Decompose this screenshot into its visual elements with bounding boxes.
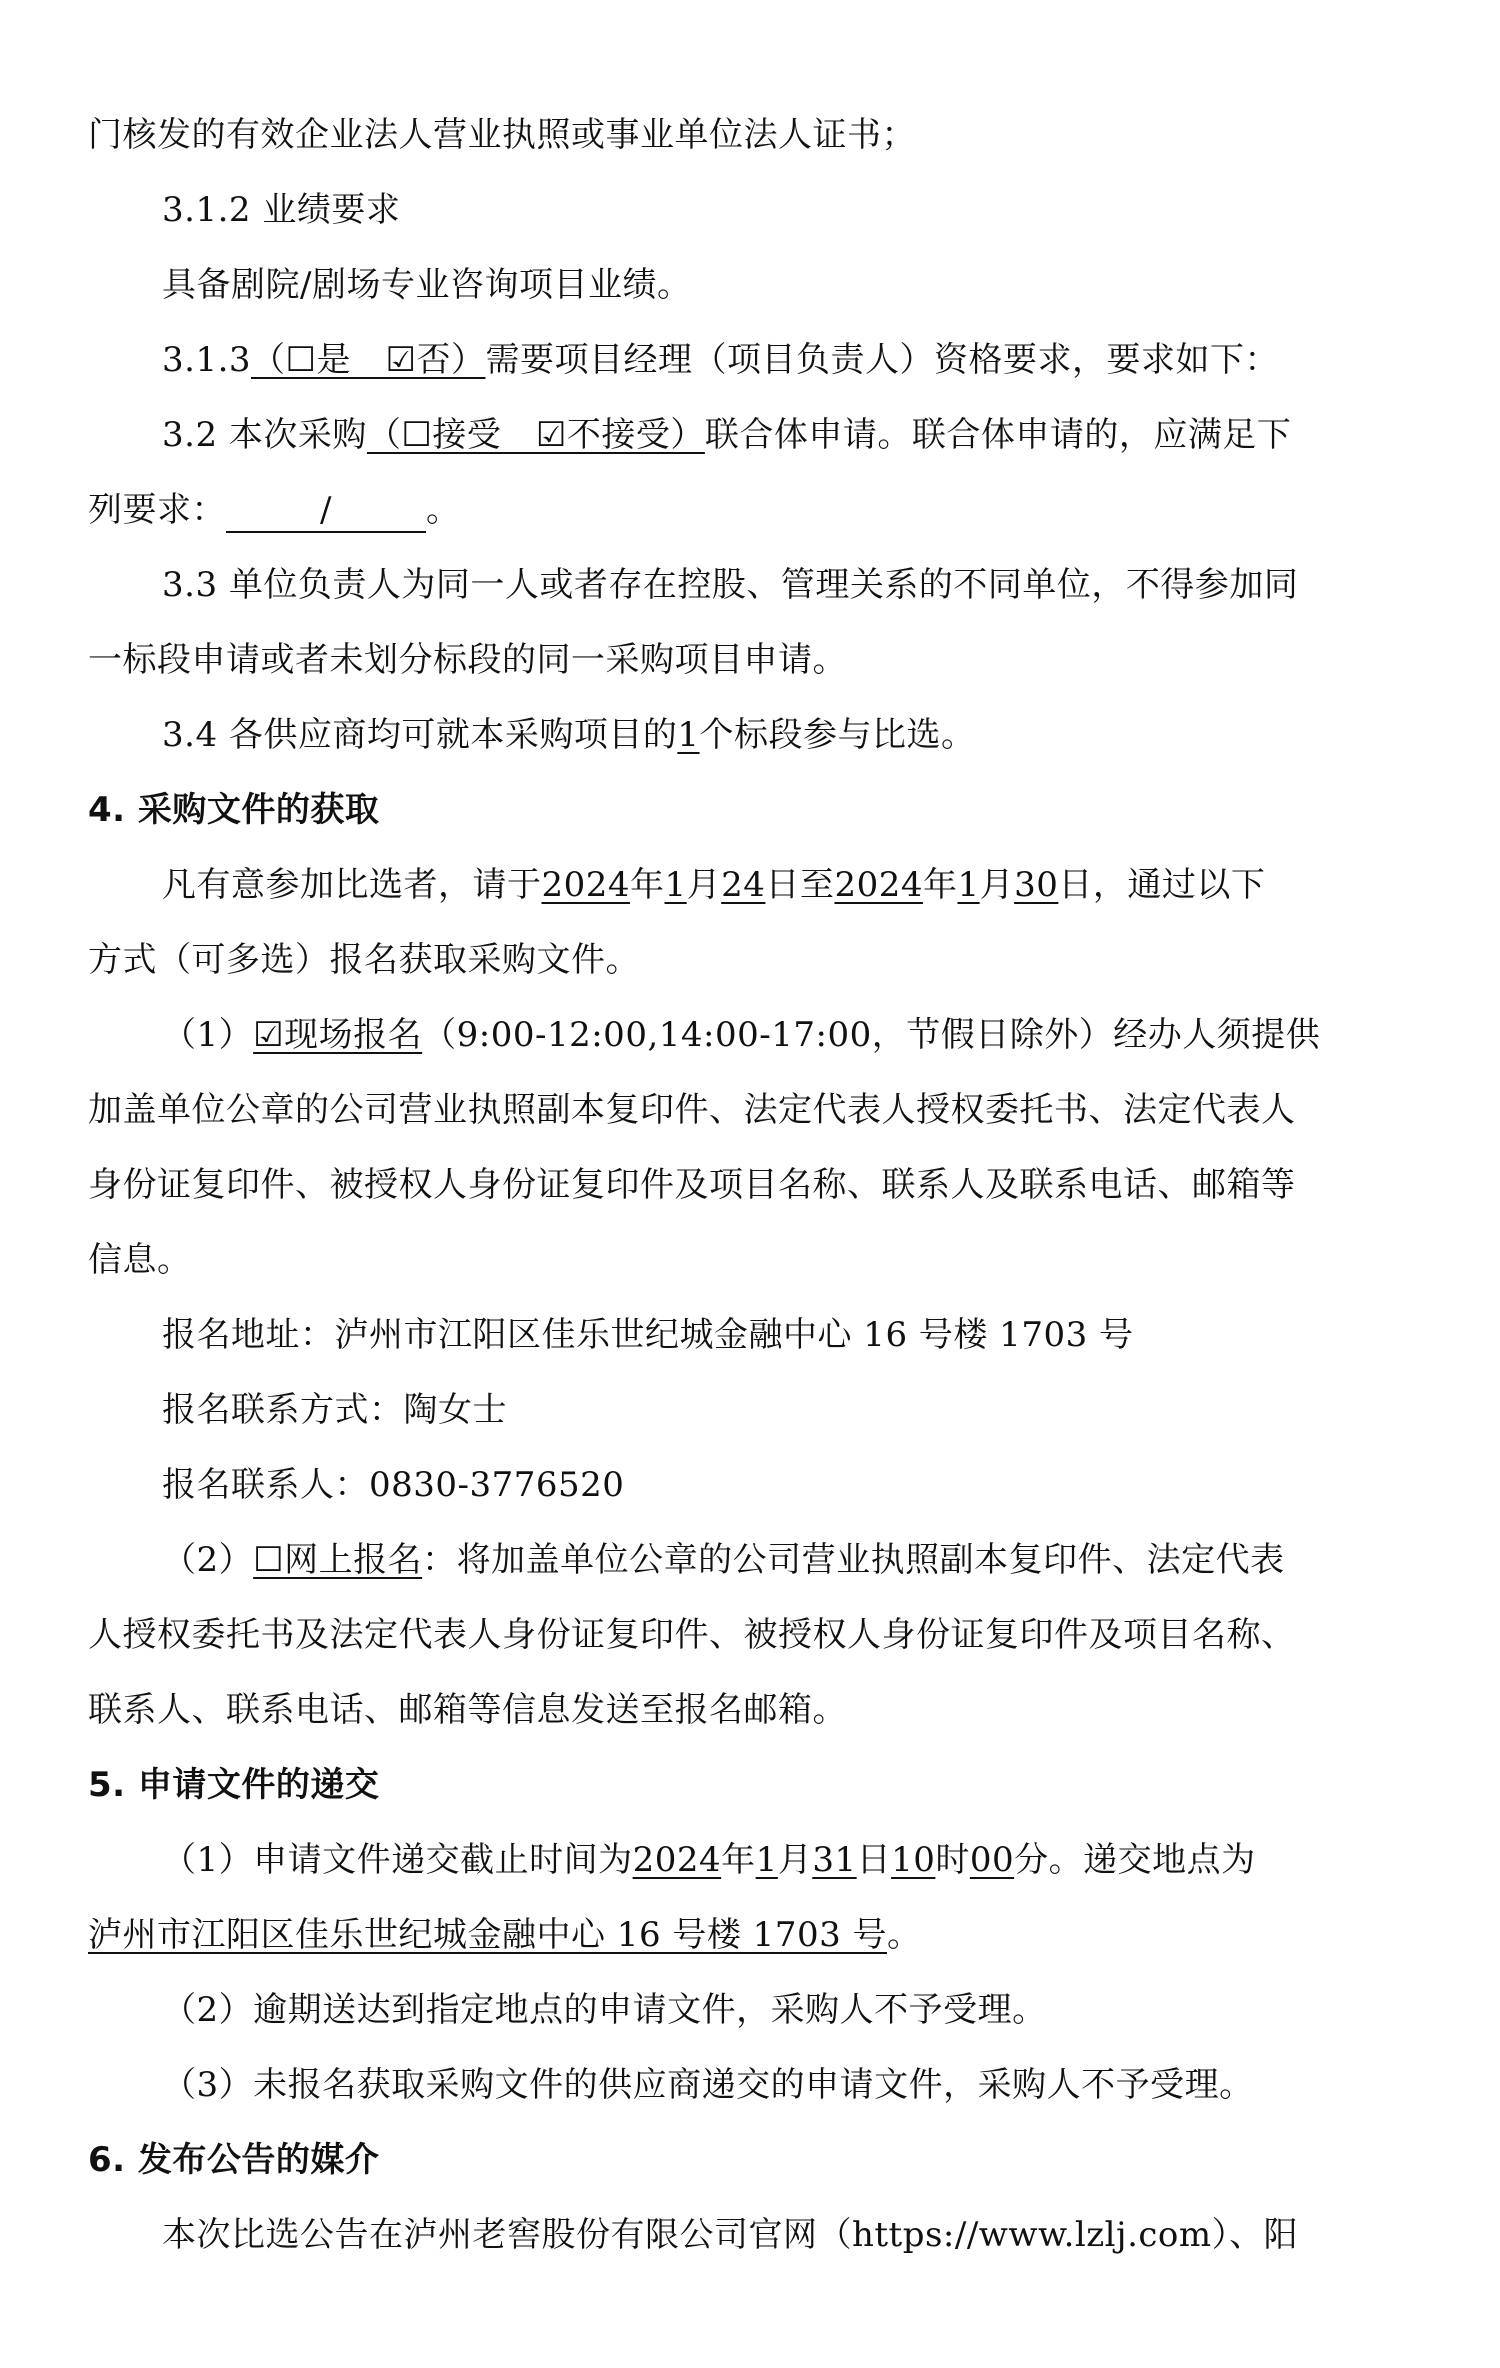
paragraph-line: 人授权委托书及法定代表人身份证复印件、被授权人身份证复印件及项目名称、 <box>88 1610 1414 1660</box>
subsection-3-3: 3.3 单位负责人为同一人或者存在控股、管理关系的不同单位，不得参加同 <box>162 560 1414 610</box>
line-text: 一标段申请或者未划分标段的同一采购项目申请。 <box>88 640 847 680</box>
line-text: 3.1.2 业绩要求 <box>162 190 400 230</box>
line-text: 人授权委托书及法定代表人身份证复印件、被授权人身份证复印件及项目名称、 <box>88 1615 1296 1655</box>
end-month: 1 <box>957 865 979 905</box>
start-day: 24 <box>721 865 765 905</box>
line-text: 门核发的有效企业法人营业执照或事业单位法人证书； <box>88 115 916 155</box>
deadline-month: 1 <box>756 1840 778 1880</box>
subsection-3-2: 3.2 本次采购（☐接受 ☑不接受）联合体申请。联合体申请的，应满足下 <box>162 410 1414 460</box>
line-text: 列要求： <box>88 490 226 530</box>
line-text: 月 <box>980 865 1015 905</box>
consortium-checkbox-group[interactable]: （☐接受 ☑不接受） <box>367 415 705 455</box>
document-page: 门核发的有效企业法人营业执照或事业单位法人证书； 3.1.2 业绩要求 具备剧院… <box>0 0 1500 2368</box>
paragraph-line: 具备剧院/剧场专业咨询项目业绩。 <box>162 260 1414 310</box>
line-text: ：将加盖单位公章的公司营业执照副本复印件、法定代表 <box>422 1540 1285 1580</box>
start-year: 2024 <box>542 865 631 905</box>
line-text: 报名地址：泸州市江阳区佳乐世纪城金融中心 16 号楼 1703 号 <box>162 1315 1134 1355</box>
line-text: 月 <box>778 1840 813 1880</box>
line-text: 。 <box>426 490 461 530</box>
line-text: 报名联系方式：陶女士 <box>162 1390 507 1430</box>
paragraph-line: 信息。 <box>88 1235 1414 1285</box>
line-text: 日，通过以下 <box>1058 865 1265 905</box>
deadline-minute: 00 <box>970 1840 1014 1880</box>
onsite-registration-line: （1）☑现场报名（9:00-12:00,14:00-17:00，节假日除外）经办… <box>162 1010 1414 1060</box>
onsite-registration-checkbox[interactable]: ☑现场报名 <box>253 1015 422 1055</box>
line-text: 联系人、联系电话、邮箱等信息发送至报名邮箱。 <box>88 1690 847 1730</box>
paragraph-line: （3）未报名获取采购文件的供应商递交的申请文件，采购人不予受理。 <box>162 2060 1414 2110</box>
section-4-heading: 4. 采购文件的获取 <box>88 785 1414 835</box>
line-text: 3.4 各供应商均可就本采购项目的 <box>162 715 677 755</box>
heading-text: 4. 采购文件的获取 <box>88 790 379 830</box>
paragraph-line: 联系人、联系电话、邮箱等信息发送至报名邮箱。 <box>88 1685 1414 1735</box>
line-text: 报名联系人：0830-3776520 <box>162 1465 624 1505</box>
line-text: 。 <box>887 1915 922 1955</box>
submission-address-line: 泸州市江阳区佳乐世纪城金融中心 16 号楼 1703 号。 <box>88 1910 1414 1960</box>
line-text: （1）申请文件递交截止时间为 <box>162 1840 633 1880</box>
paragraph-line: （2）逾期送达到指定地点的申请文件，采购人不予受理。 <box>162 1985 1414 2035</box>
line-text: 身份证复印件、被授权人身份证复印件及项目名称、联系人及联系电话、邮箱等 <box>88 1165 1296 1205</box>
start-month: 1 <box>665 865 687 905</box>
line-text: 联合体申请。联合体申请的，应满足下 <box>705 415 1292 455</box>
line-text: （2） <box>162 1540 253 1580</box>
end-year: 2024 <box>834 865 923 905</box>
line-text: 需要项目经理（项目负责人）资格要求，要求如下： <box>485 340 1279 380</box>
line-text: 凡有意参加比选者，请于 <box>162 865 542 905</box>
deadline-year: 2024 <box>633 1840 722 1880</box>
line-text: 加盖单位公章的公司营业执照副本复印件、法定代表人授权委托书、法定代表人 <box>88 1090 1296 1130</box>
subsection-3-4: 3.4 各供应商均可就本采购项目的1个标段参与比选。 <box>162 710 1414 760</box>
heading-text: 5. 申请文件的递交 <box>88 1765 379 1805</box>
subsection-3-1-2-title: 3.1.2 业绩要求 <box>162 185 1414 235</box>
project-manager-requirement-checkbox-group[interactable]: （☐是 ☑否） <box>251 340 485 380</box>
registration-period-line: 凡有意参加比选者，请于2024年1月24日至2024年1月30日，通过以下 <box>162 860 1414 910</box>
heading-text: 6. 发布公告的媒介 <box>88 2140 379 2180</box>
section-6-heading: 6. 发布公告的媒介 <box>88 2135 1414 2185</box>
registration-contact-method: 报名联系方式：陶女士 <box>162 1385 1414 1435</box>
line-text: 信息。 <box>88 1240 192 1280</box>
online-registration-line: （2）☐网上报名：将加盖单位公章的公司营业执照副本复印件、法定代表 <box>162 1535 1414 1585</box>
line-text: 分。递交地点为 <box>1014 1840 1256 1880</box>
end-day: 30 <box>1014 865 1058 905</box>
registration-contact-phone: 报名联系人：0830-3776520 <box>162 1460 1414 1510</box>
line-text: 年 <box>721 1840 756 1880</box>
section-5-heading: 5. 申请文件的递交 <box>88 1760 1414 1810</box>
line-text: 年 <box>630 865 665 905</box>
paragraph-line: 方式（可多选）报名获取采购文件。 <box>88 935 1414 985</box>
paragraph-line: 加盖单位公章的公司营业执照副本复印件、法定代表人授权委托书、法定代表人 <box>88 1085 1414 1135</box>
line-text: 时 <box>935 1840 970 1880</box>
deadline-hour: 10 <box>891 1840 935 1880</box>
subsection-3-1-3: 3.1.3（☐是 ☑否）需要项目经理（项目负责人）资格要求，要求如下： <box>162 335 1414 385</box>
paragraph-line: 列要求：/。 <box>88 485 1414 535</box>
paragraph-line: 身份证复印件、被授权人身份证复印件及项目名称、联系人及联系电话、邮箱等 <box>88 1160 1414 1210</box>
line-text: 本次比选公告在泸州老窖股份有限公司官网（https://www.lzlj.com… <box>162 2215 1298 2255</box>
line-text: （1） <box>162 1015 253 1055</box>
deadline-day: 31 <box>812 1840 856 1880</box>
line-text: 年 <box>923 865 958 905</box>
line-text: 3.1.3 <box>162 340 251 380</box>
submission-deadline-line: （1）申请文件递交截止时间为2024年1月31日10时00分。递交地点为 <box>162 1835 1414 1885</box>
line-text: 月 <box>687 865 722 905</box>
consortium-requirements-blank: / <box>226 489 426 533</box>
line-text: （3）未报名获取采购文件的供应商递交的申请文件，采购人不予受理。 <box>162 2065 1254 2105</box>
paragraph-line: 门核发的有效企业法人营业执照或事业单位法人证书； <box>88 110 1414 160</box>
online-registration-checkbox[interactable]: ☐网上报名 <box>253 1540 422 1580</box>
line-text: 方式（可多选）报名获取采购文件。 <box>88 940 640 980</box>
line-text: 日至 <box>765 865 834 905</box>
line-text: 个标段参与比选。 <box>700 715 976 755</box>
line-text: 3.3 单位负责人为同一人或者存在控股、管理关系的不同单位，不得参加同 <box>162 565 1298 605</box>
lot-count-value: 1 <box>677 715 699 755</box>
registration-address: 报名地址：泸州市江阳区佳乐世纪城金融中心 16 号楼 1703 号 <box>162 1310 1414 1360</box>
submission-address: 泸州市江阳区佳乐世纪城金融中心 16 号楼 1703 号 <box>88 1915 887 1955</box>
line-text: 日 <box>857 1840 892 1880</box>
line-text: （9:00-12:00,14:00-17:00，节假日除外）经办人须提供 <box>422 1015 1320 1055</box>
line-text: 具备剧院/剧场专业咨询项目业绩。 <box>162 265 691 305</box>
line-text: 3.2 本次采购 <box>162 415 367 455</box>
paragraph-line: 本次比选公告在泸州老窖股份有限公司官网（https://www.lzlj.com… <box>162 2210 1414 2260</box>
paragraph-line: 一标段申请或者未划分标段的同一采购项目申请。 <box>88 635 1414 685</box>
line-text: （2）逾期送达到指定地点的申请文件，采购人不予受理。 <box>162 1990 1047 2030</box>
